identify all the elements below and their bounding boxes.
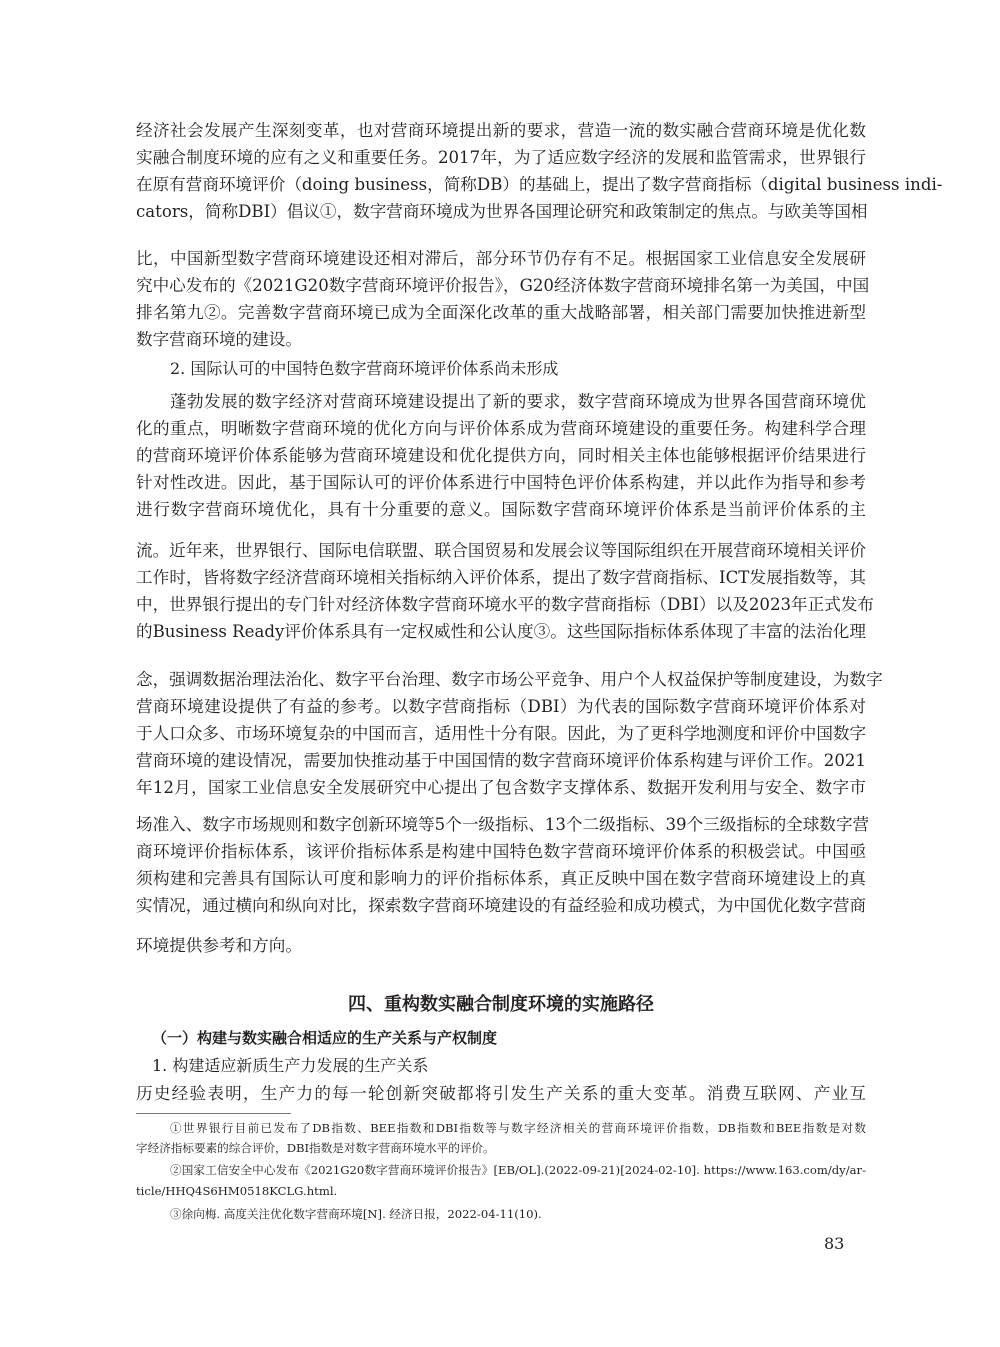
body-line: 场准入、数字市场规则和数字创新环境等5个一级指标、13个二级指标、39个三级指标…: [136, 811, 866, 838]
body-line: 历史经验表明，生产力的每一轮创新突破都将引发生产关系的重大变革。消费互联网、产业…: [136, 1080, 866, 1107]
body-line: 实融合制度环境的应有之义和重要任务。2017年，为了适应数字经济的发展和监管需求…: [136, 144, 866, 171]
footnote-3: ③徐向梅. 高度关注优化数字营商环境[N]. 经济日报，2022-04-11(1…: [136, 1204, 866, 1224]
page-number: 83: [824, 1234, 844, 1253]
body-line: 流。近年来，世界银行、国际电信联盟、联合国贸易和发展会议等国际组织在开展营商环境…: [136, 537, 866, 564]
footnote-2-cont: ticle/HHQ4S6HM0518KCLG.html.: [136, 1181, 866, 1201]
body-line: 排名第九②。完善数字营商环境已成为全面深化改革的重大战略部署，相关部门需要加快推…: [136, 299, 866, 326]
body-line: 实情况，通过横向和纵向对比，探索数字营商环境建设的有益经验和成功模式，为中国优化…: [136, 892, 866, 919]
body-line: 在原有营商环境评价（doing business，简称DB）的基础上，提出了数字…: [136, 171, 866, 198]
body-line: 比，中国新型数字营商环境建设还相对滞后，部分环节仍存有不足。根据国家工业信息安全…: [136, 245, 866, 272]
item-heading: 1. 构建适应新质生产力发展的生产关系: [152, 1052, 428, 1079]
body-line: 针对性改进。因此，基于国际认可的评价体系进行中国特色评价体系构建，并以此作为指导…: [136, 469, 866, 496]
body-line: 营商环境的建设情况，需要加快推动基于中国国情的数字营商环境评价体系构建与评价工作…: [136, 747, 866, 774]
footnote-separator: [136, 1113, 291, 1114]
body-line: 营商环境建设提供了有益的参考。以数字营商指标（DBI）为代表的国际数字营商环境评…: [136, 693, 866, 720]
body-line: 须构建和完善具有国际认可度和影响力的评价指标体系，真正反映中国在数字营商环境建设…: [136, 865, 866, 892]
section-2-title: 2. 国际认可的中国特色数字营商环境评价体系尚未形成: [170, 355, 558, 382]
body-line: 念，强调数据治理法治化、数字平台治理、数字市场公平竞争、用户个人权益保护等制度建…: [136, 666, 866, 693]
body-line: 环境提供参考和方向。: [136, 932, 866, 959]
chapter-heading: 四、重构数实融合制度环境的实施路径: [136, 990, 866, 1016]
subsection-heading: （一）构建与数实融合相适应的生产关系与产权制度: [152, 1027, 497, 1048]
body-line: 于人口众多、市场环境复杂的中国而言，适用性十分有限。因此，为了更科学地测度和评价…: [136, 720, 866, 747]
body-line: 化的重点，明晰数字营商环境的优化方向与评价体系成为营商环境建设的重要任务。构建科…: [136, 415, 866, 442]
body-line: 商环境评价指标体系，该评价指标体系是构建中国特色数字营商环境评价体系的积极尝试。…: [136, 838, 866, 865]
body-line: 工作时，皆将数字经济营商环境相关指标纳入评价体系，提出了数字营商指标、ICT发展…: [136, 564, 866, 591]
body-line: 的Business Ready评价体系具有一定权威性和公认度③。这些国际指标体系…: [136, 618, 866, 645]
body-line: cators，简称DBI）倡议①，数字营商环境成为世界各国理论研究和政策制定的焦…: [136, 198, 866, 225]
body-line: 年12月，国家工业信息安全发展研究中心提出了包含数字支撑体系、数据开发利用与安全…: [136, 774, 866, 801]
footnote-1-cont: 字经济指标要素的综合评价，DBI指数是对数字营商环境水平的评价。: [136, 1138, 866, 1158]
body-line: 中，世界银行提出的专门针对经济体数字营商环境水平的数字营商指标（DBI）以及20…: [136, 591, 866, 618]
body-line: 究中心发布的《2021G20数字营商环境评价报告》，G20经济体数字营商环境排名…: [136, 272, 866, 299]
body-line: 进行数字营商环境优化，具有十分重要的意义。国际数字营商环境评价体系是当前评价体系…: [136, 496, 866, 523]
body-line: 蓬勃发展的数字经济对营商环境建设提出了新的要求，数字营商环境成为世界各国营商环境…: [136, 388, 866, 415]
footnote-2: ②国家工信安全中心发布《2021G20数字营商环境评价报告》[EB/OL].(2…: [136, 1160, 866, 1180]
body-line: 的营商环境评价体系能够为营商环境建设和优化提供方向，同时相关主体也能够根据评价结…: [136, 442, 866, 469]
footnote-1: ①世界银行目前已发布了DB指数、BEE指数和DBI指数等与数字经济相关的营商环境…: [136, 1118, 866, 1138]
body-line: 数字营商环境的建设。: [136, 326, 866, 353]
body-line: 经济社会发展产生深刻变革，也对营商环境提出新的要求，营造一流的数实融合营商环境是…: [136, 117, 866, 144]
